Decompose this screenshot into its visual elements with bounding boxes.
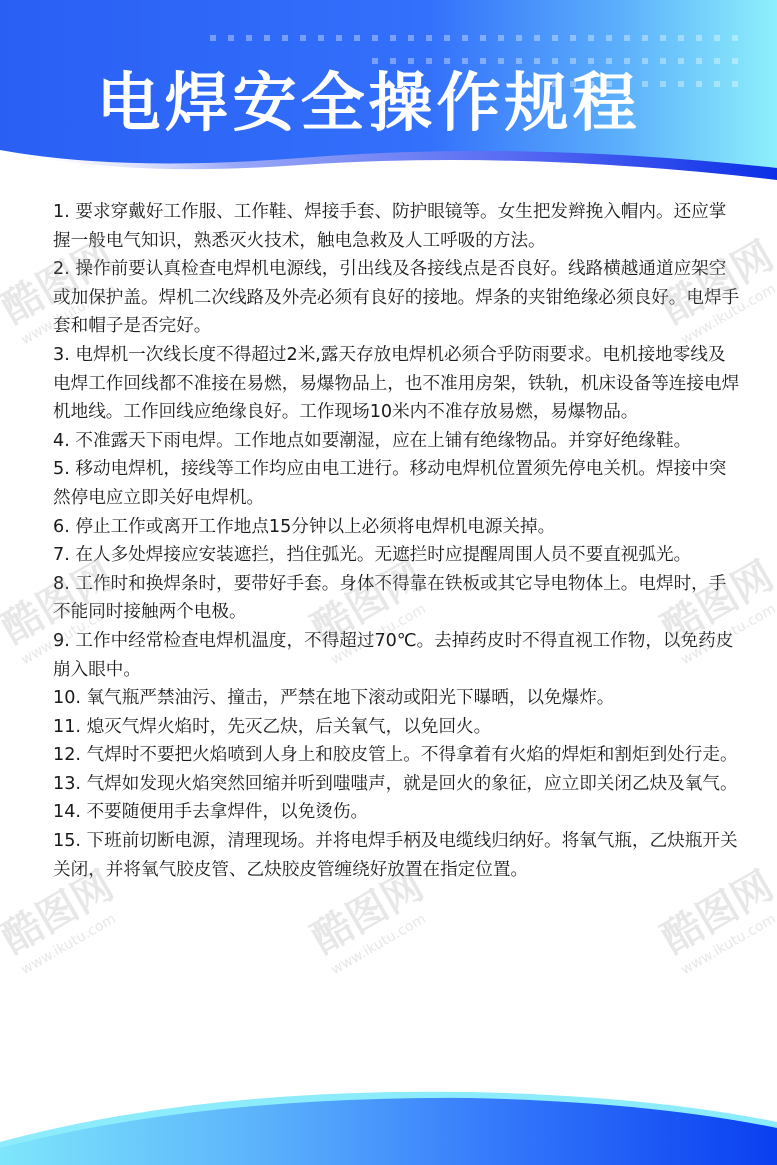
rule-item: 7. 在人多处焊接应安装遮拦，挡住弧光。无遮拦时应提醒周围人员不要直视弧光。 <box>53 541 743 570</box>
rule-item: 8. 工作时和换焊条时，要带好手套。身体不得靠在铁板或其它导电物体上。电焊时，手… <box>53 570 743 627</box>
rule-item: 2. 操作前要认真检查电焊机电源线，引出线及各接线点是否良好。线路横越通道应架空… <box>53 255 743 341</box>
rule-item: 13. 气焊如发现火焰突然回缩并听到嗤嗤声，就是回火的象征，应立即关闭乙炔及氧气… <box>53 770 743 799</box>
rule-item: 12. 气焊时不要把火焰喷到人身上和胶皮管上。不得拿着有火焰的焊炬和割炬到处行走… <box>53 741 743 770</box>
rule-item: 15. 下班前切断电源，清理现场。并将电焊手柄及电缆线归纳好。将氧气瓶，乙炔瓶开… <box>53 827 743 884</box>
rule-item: 11. 熄灭气焊火焰时，先灭乙炔，后关氧气，以免回火。 <box>53 713 743 742</box>
rule-item: 4. 不准露天下雨电焊。工作地点如要潮湿，应在上铺有绝缘物品。并穿好绝缘鞋。 <box>53 427 743 456</box>
header-banner: 电焊安全操作规程 <box>0 0 777 200</box>
rule-item: 3. 电焊机一次线长度不得超过2米,露天存放电焊机必须合乎防雨要求。电机接地零线… <box>53 341 743 427</box>
page-title: 电焊安全操作规程 <box>0 52 777 144</box>
rule-item: 9. 工作中经常检查电焊机温度，不得超过70℃。去掉药皮时不得直视工作物，以免药… <box>53 627 743 684</box>
rule-item: 5. 移动电焊机，接线等工作均应由电工进行。移动电焊机位置须先停电关机。焊接中突… <box>53 455 743 512</box>
footer-background <box>0 1080 777 1165</box>
rule-item: 1. 要求穿戴好工作服、工作鞋、焊接手套、防护眼镜等。女生把发辫挽入帽内。还应掌… <box>53 198 743 255</box>
rule-item: 10. 氧气瓶严禁油污、撞击，严禁在地下滚动或阳光下曝晒，以免爆炸。 <box>53 684 743 713</box>
footer-wave <box>0 1080 777 1165</box>
rule-item: 6. 停止工作或离开工作地点15分钟以上必须将电焊机电源关掉。 <box>53 513 743 542</box>
rule-item: 14. 不要随便用手去拿焊件，以免烫伤。 <box>53 798 743 827</box>
rules-list: 1. 要求穿戴好工作服、工作鞋、焊接手套、防护眼镜等。女生把发辫挽入帽内。还应掌… <box>53 198 743 884</box>
